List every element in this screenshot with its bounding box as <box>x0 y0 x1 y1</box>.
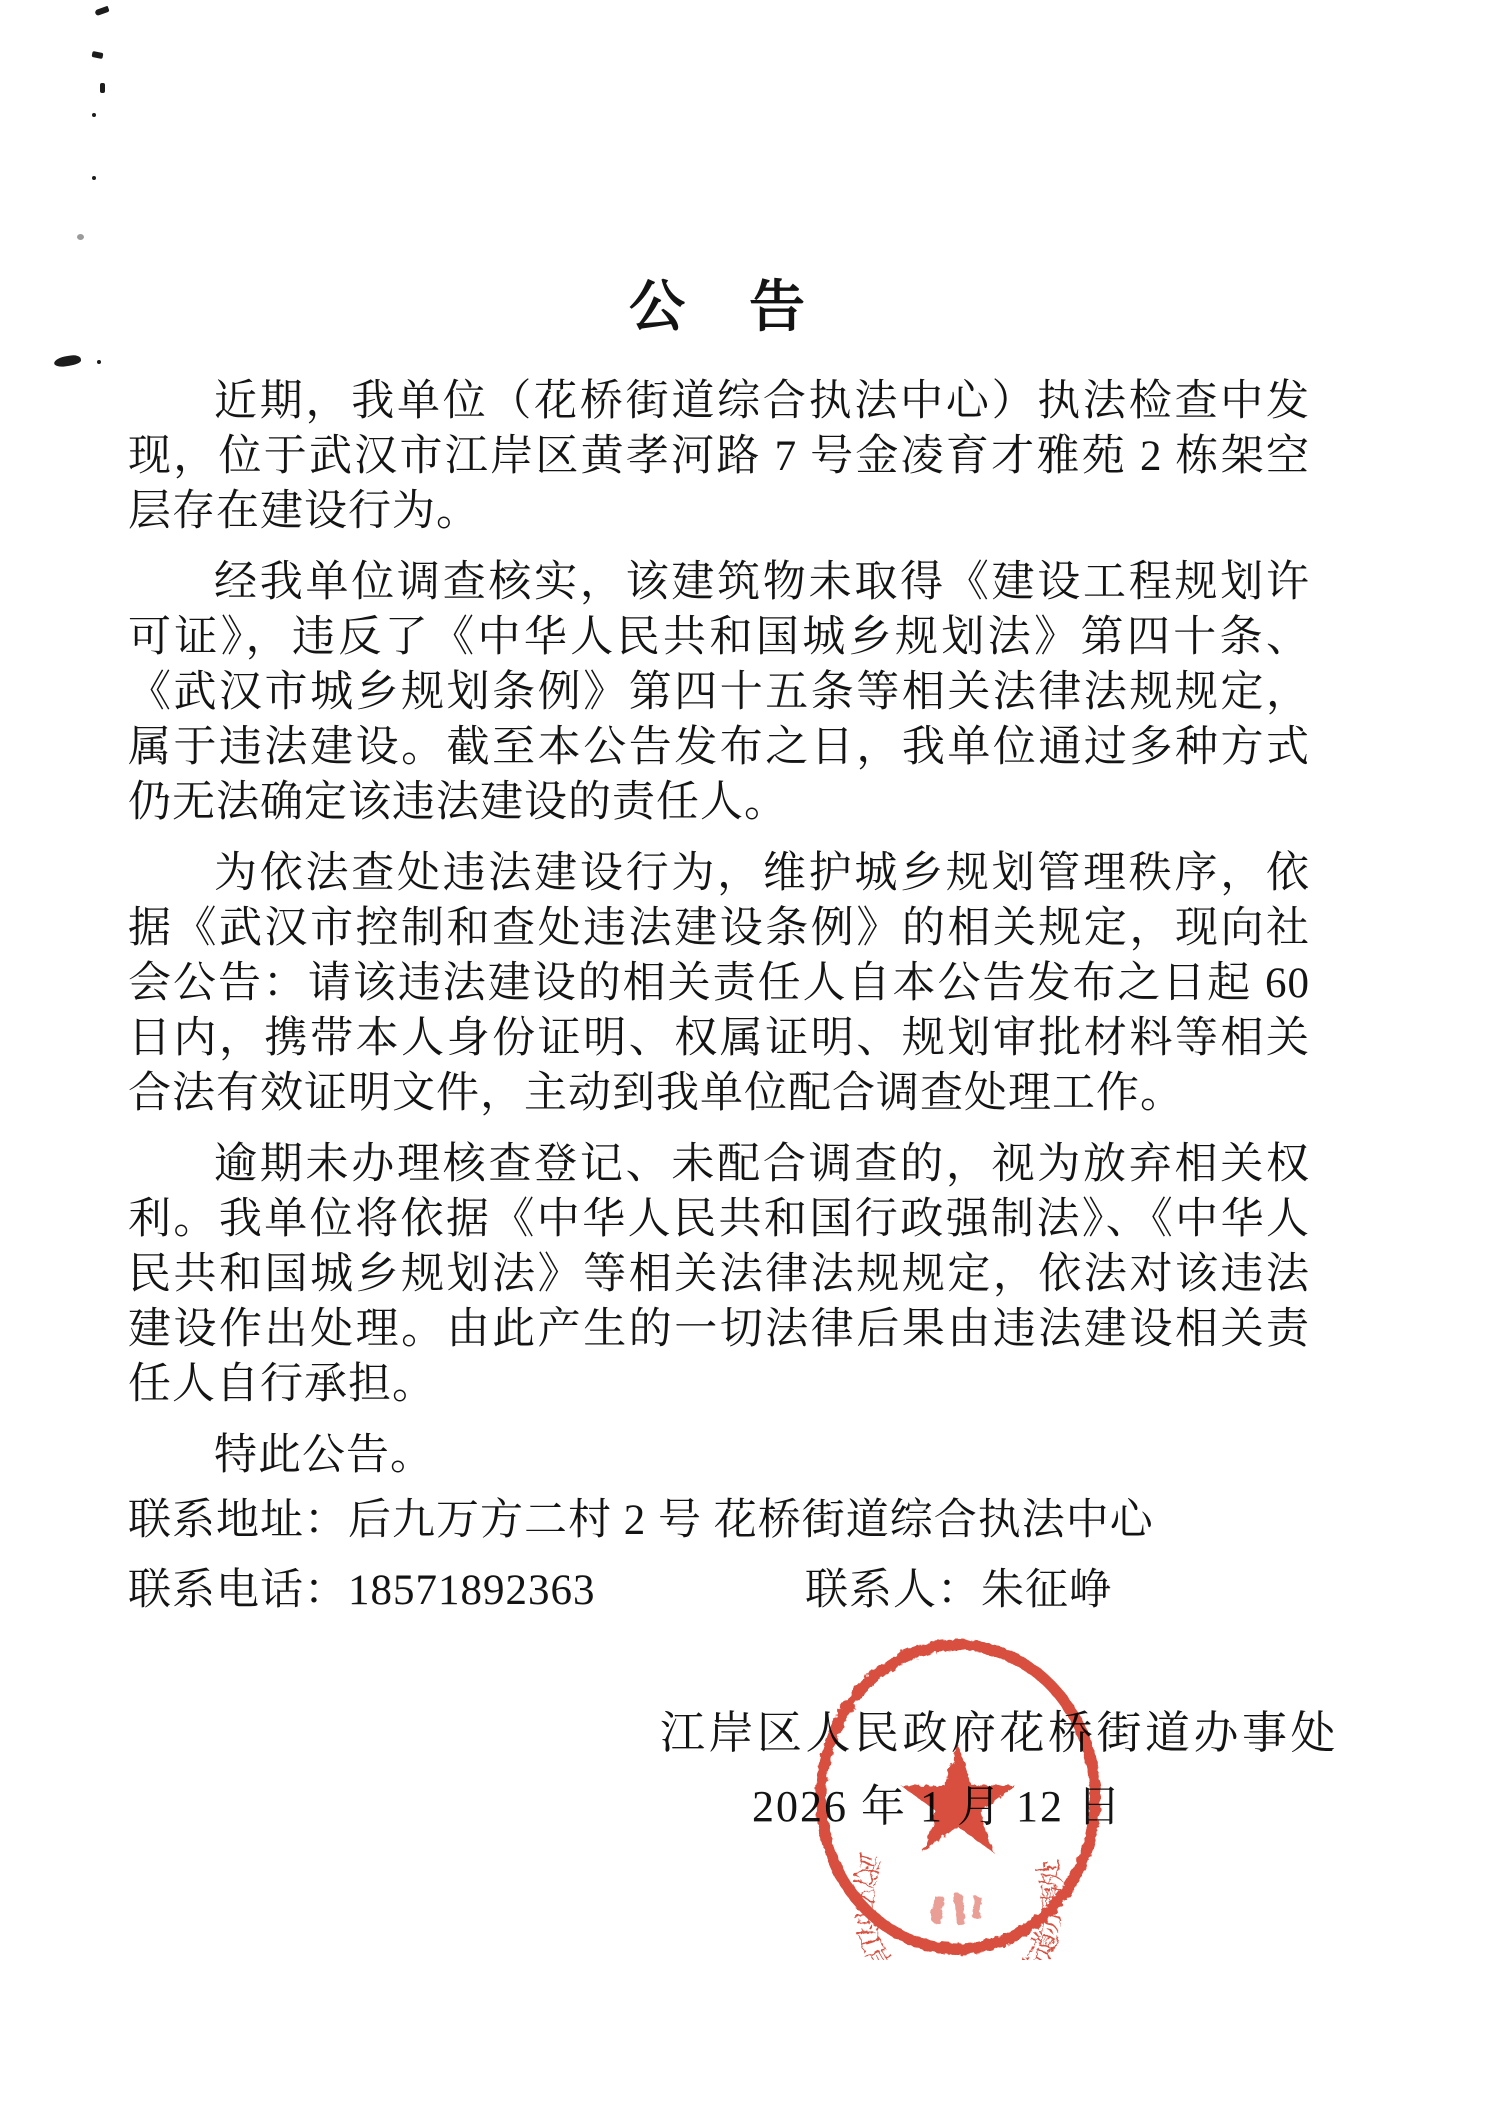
paragraph-1: 近期，我单位（花桥街道综合执法中心）执法检查中发现，位于武汉市江岸区黄孝河路 7… <box>128 374 1310 539</box>
contact-address-value: 后九万方二村 2 号 花桥街道综合执法中心 <box>348 1497 1154 1544</box>
scan-artifact <box>77 234 84 240</box>
paragraph-3: 为依法查处违法建设行为，维护城乡规划管理秩序，依据《武汉市控制和查处违法建设条例… <box>128 846 1310 1121</box>
scan-artifact <box>100 83 105 93</box>
contact-address-label: 联系地址： <box>128 1497 348 1544</box>
notice-body: 公 告 近期，我单位（花桥街道综合执法中心）执法检查中发现，位于武汉市江岸区黄孝… <box>128 278 1310 1618</box>
closing-line: 特此公告。 <box>128 1428 1310 1483</box>
scan-artifact <box>53 354 81 368</box>
contact-phone-value: 18571892363 <box>348 1567 596 1614</box>
seal-smudge <box>931 1894 982 1926</box>
scan-artifact <box>97 360 101 364</box>
scan-artifact <box>91 51 103 59</box>
svg-text:武汉市江岸区人民政府花桥街道办事处: 武汉市江岸区人民政府花桥街道办事处 <box>847 1850 1068 1960</box>
contact-person-label: 联系人： <box>805 1567 981 1614</box>
contact-person: 联系人：朱征峥 <box>805 1563 1113 1618</box>
page-title: 公 告 <box>128 278 1310 338</box>
contact-address-line: 联系地址：后九万方二村 2 号 花桥街道综合执法中心 <box>128 1493 1310 1548</box>
seal-ring-text: 武汉市江岸区人民政府花桥街道办事处 <box>847 1850 1068 1960</box>
scan-artifact <box>92 113 96 117</box>
signature-organization: 江岸区人民政府花桥街道办事处 <box>660 1696 1339 1761</box>
paragraph-4: 逾期未办理核查登记、未配合调查的，视为放弃相关权利。我单位将依据《中华人民共和国… <box>128 1137 1310 1412</box>
signature-date: 2026 年 1 月 12 日 <box>752 1770 1123 1834</box>
scan-artifact <box>92 176 96 180</box>
paragraph-2: 经我单位调查核实，该建筑物未取得《建设工程规划许可证》，违反了《中华人民共和国城… <box>128 555 1310 830</box>
contact-phone-label: 联系电话： <box>128 1567 348 1614</box>
contact-person-value: 朱征峥 <box>981 1567 1113 1614</box>
contact-row: 联系电话：18571892363 联系人：朱征峥 <box>128 1563 1310 1618</box>
scanned-notice-page: 公 告 近期，我单位（花桥街道综合执法中心）执法检查中发现，位于武汉市江岸区黄孝… <box>0 0 1487 2102</box>
scan-artifact <box>94 6 109 16</box>
